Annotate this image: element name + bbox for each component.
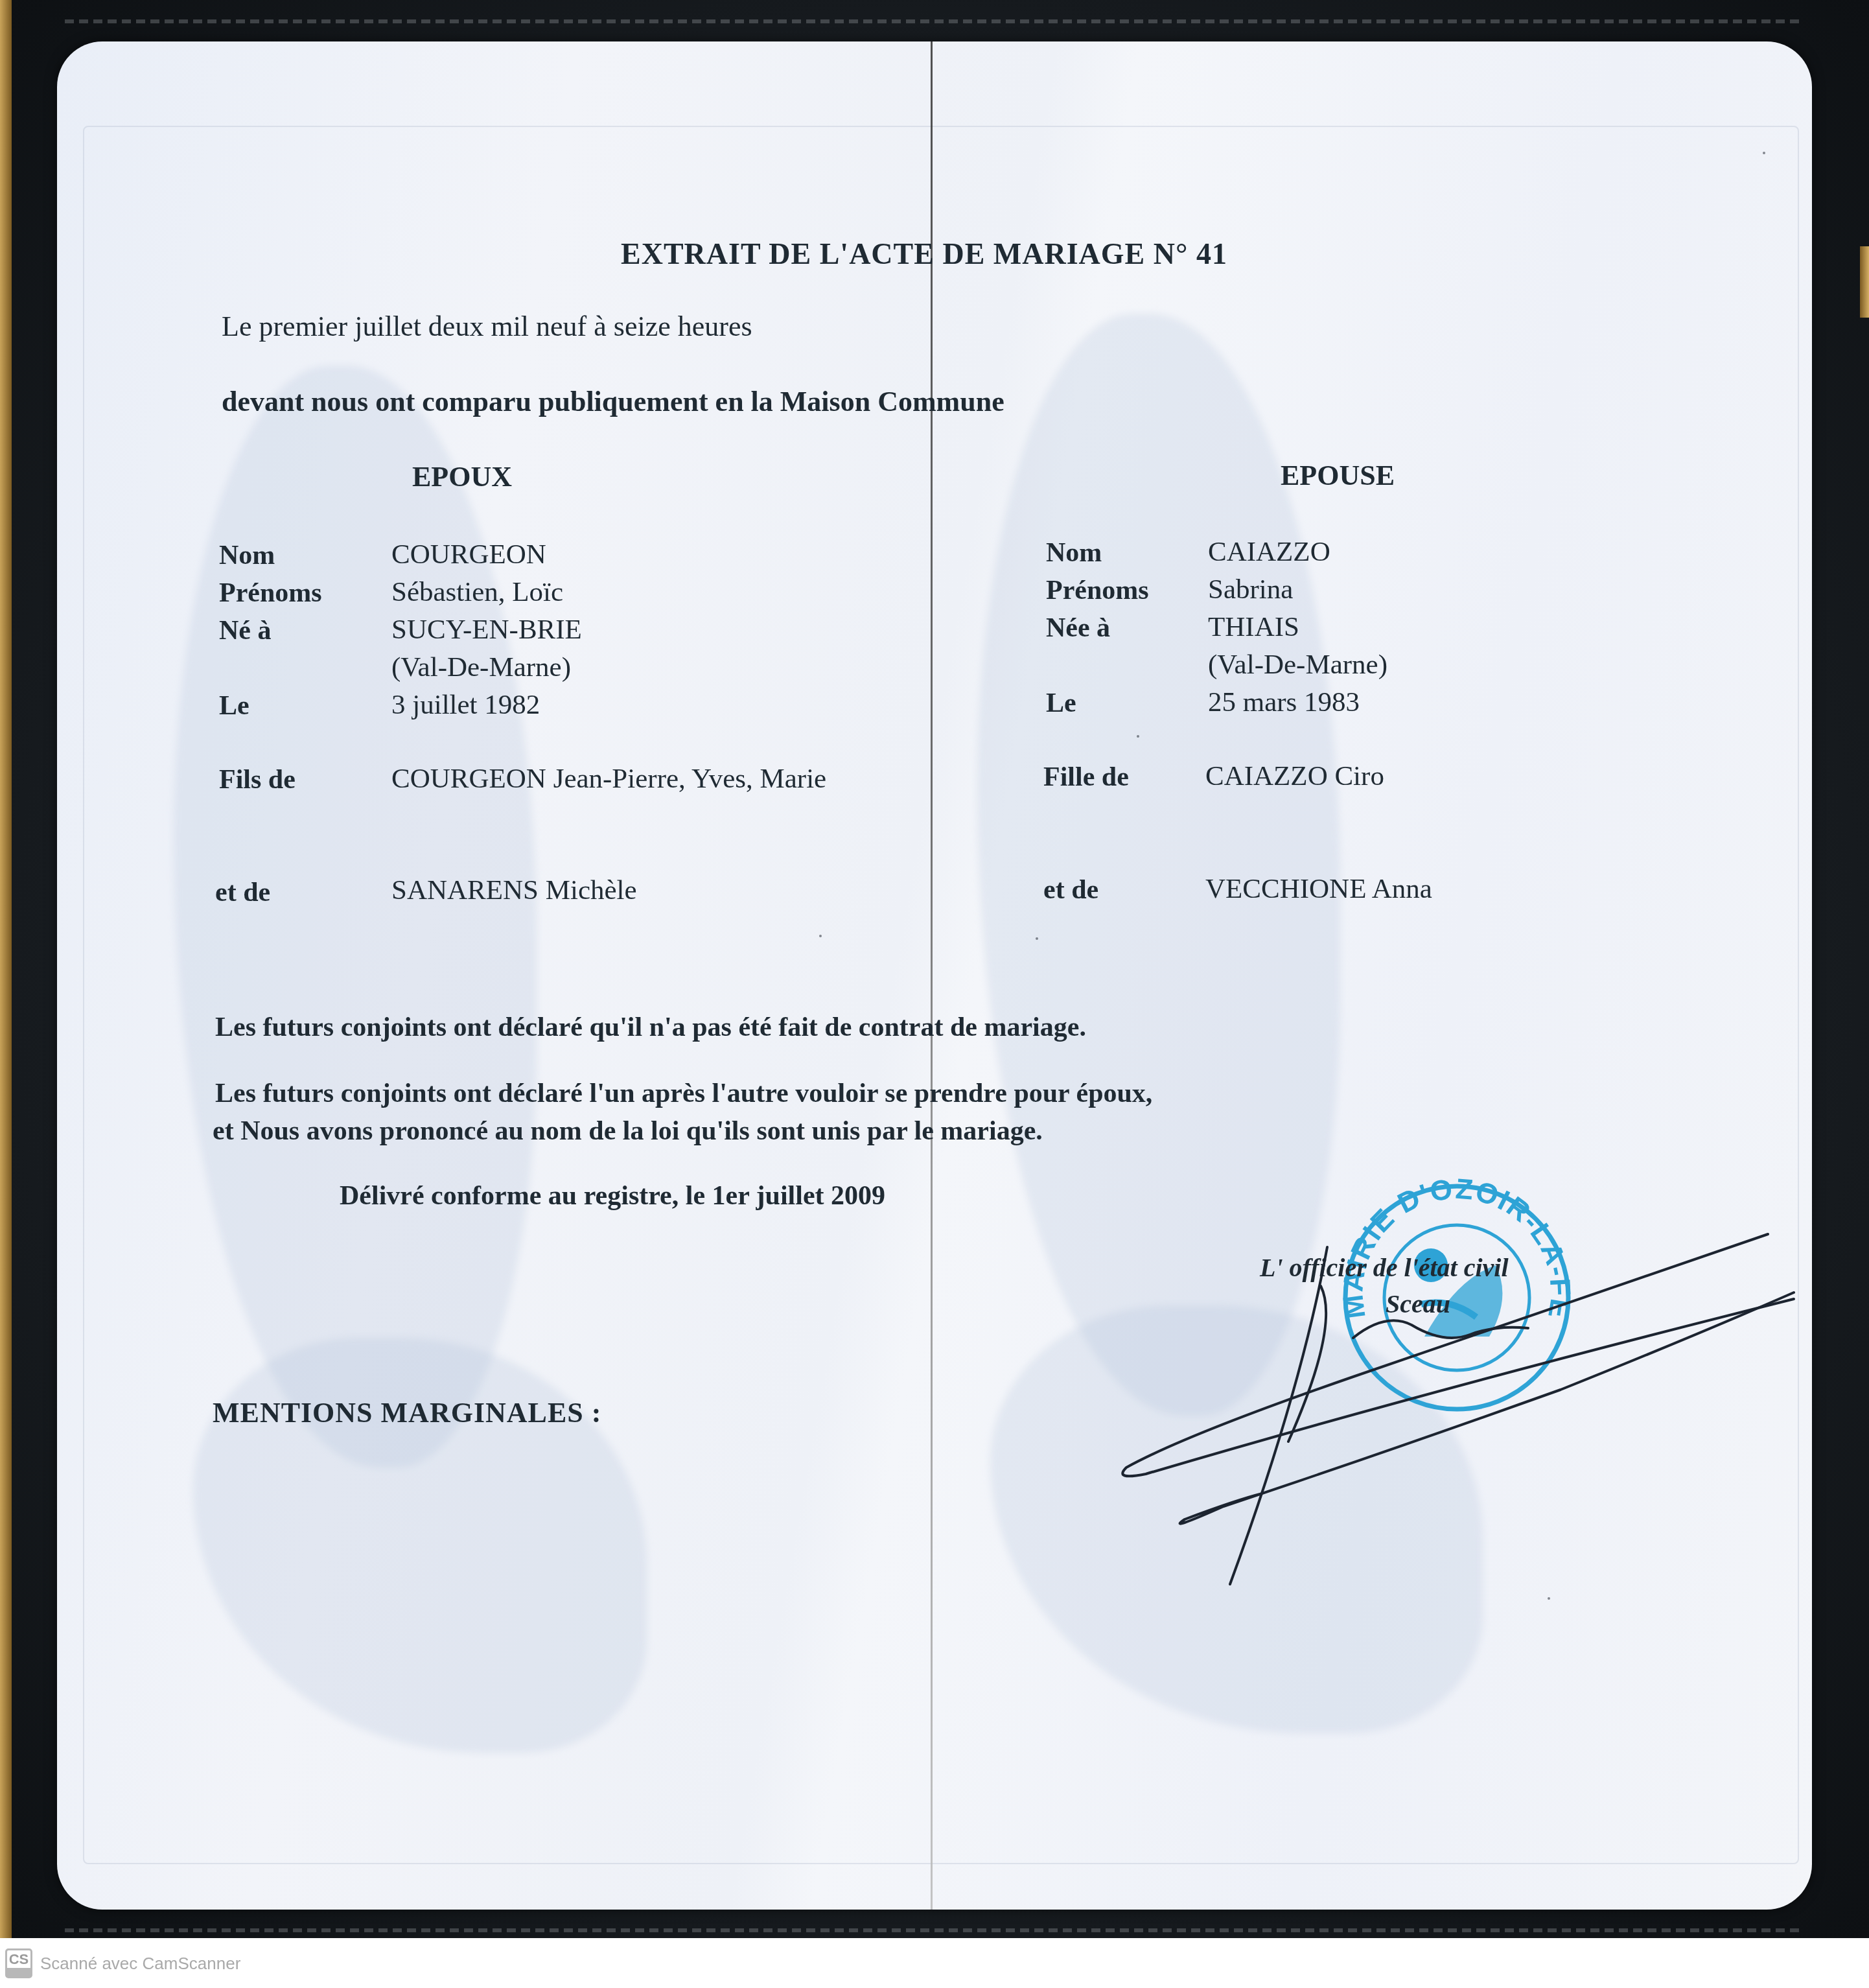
paper-speck (1137, 735, 1139, 738)
folder-edge (1860, 246, 1869, 318)
field-label: Fils de (219, 766, 296, 793)
folder-stitching (65, 19, 1804, 23)
field-value: VECCHIONE Anna (1205, 875, 1432, 903)
vows-declaration: et Nous avons prononcé au nom de la loi … (213, 1117, 1043, 1145)
field-label: Nom (219, 542, 275, 569)
field-value: THIAIS (1208, 613, 1299, 641)
field-label: et de (215, 879, 270, 906)
scanner-watermark-text: Scanné avec CamScanner (40, 1954, 240, 1974)
marriage-certificate-page: EXTRAIT DE L'ACTE DE MARIAGE N° 41 Le pr… (57, 41, 1812, 1910)
paper-speck (819, 935, 822, 937)
folder-edge (0, 0, 12, 1938)
page-fold-line (931, 41, 933, 1910)
vows-declaration: Les futurs conjoints ont déclaré l'un ap… (215, 1080, 1152, 1107)
folder-stitching (65, 1928, 1804, 1932)
field-value: SANARENS Michèle (391, 876, 637, 904)
field-value: COURGEON Jean-Pierre, Yves, Marie (391, 765, 826, 793)
field-label: Née à (1046, 614, 1110, 642)
field-value: Sabrina (1208, 576, 1293, 603)
field-label: Prénoms (1046, 577, 1149, 604)
delivery-statement: Délivré conforme au registre, le 1er jui… (340, 1182, 885, 1210)
field-label: Prénoms (219, 579, 322, 607)
field-value: CAIAZZO Ciro (1205, 762, 1384, 790)
field-value: 3 juillet 1982 (391, 691, 540, 719)
field-label: Nom (1046, 539, 1102, 567)
document-title: EXTRAIT DE L'ACTE DE MARIAGE N° 41 (621, 239, 1227, 269)
field-value: SUCY-EN-BRIE (391, 616, 582, 644)
field-label: Fille de (1043, 764, 1129, 791)
intro-date-line: Le premier juillet deux mil neuf à seize… (222, 312, 752, 341)
field-value: Sébastien, Loïc (391, 578, 563, 606)
paper-speck (1763, 152, 1765, 154)
signature-icon (1107, 1195, 1812, 1597)
epoux-heading: EPOUX (412, 463, 512, 491)
epouse-heading: EPOUSE (1281, 462, 1395, 490)
contract-declaration: Les futurs conjoints ont déclaré qu'il n… (215, 1014, 1086, 1041)
intro-appearance-line: devant nous ont comparu publiquement en … (222, 388, 1004, 416)
paper-speck (1036, 937, 1038, 940)
field-label: Le (1046, 690, 1076, 717)
field-label: et de (1043, 876, 1098, 904)
marginal-mentions-heading: MENTIONS MARGINALES : (213, 1399, 601, 1427)
camscanner-logo-icon: CS (5, 1948, 32, 1978)
scanner-footer: CS Scanné avec CamScanner (0, 1938, 1869, 1988)
field-value: (Val-De-Marne) (391, 653, 571, 681)
field-label: Le (219, 692, 250, 719)
field-value: COURGEON (391, 541, 546, 568)
leather-folder: EXTRAIT DE L'ACTE DE MARIAGE N° 41 Le pr… (0, 0, 1869, 1938)
field-value: 25 mars 1983 (1208, 688, 1360, 716)
field-value: (Val-De-Marne) (1208, 651, 1387, 679)
paper-speck (1548, 1597, 1550, 1600)
field-value: CAIAZZO (1208, 538, 1330, 566)
paper-speck (769, 404, 771, 407)
field-label: Né à (219, 617, 271, 644)
